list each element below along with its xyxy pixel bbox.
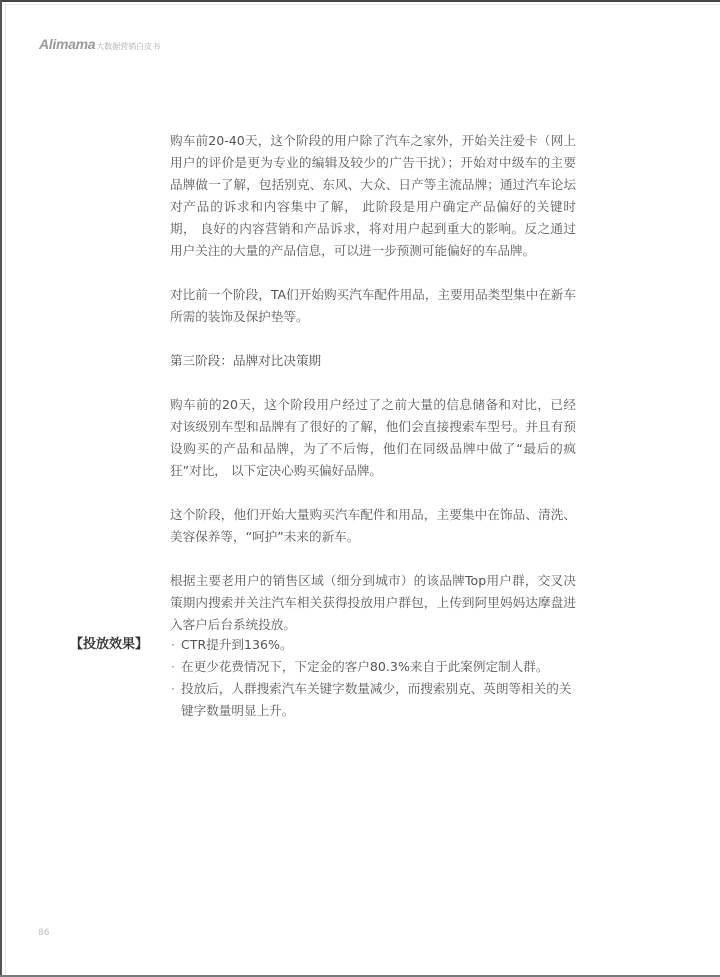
page-header: Alimama 大数据营销白皮书 — [39, 36, 160, 52]
bullet-icon: · — [171, 678, 175, 700]
effects-label: 【投放效果】 — [70, 634, 148, 656]
paragraph: 对比前一个阶段，TA们开始购买汽车配件用品，主要用品类型集中在新车所需的装饰及保… — [170, 284, 576, 328]
bullet-icon: · — [171, 634, 175, 656]
paragraph: 根据主要老用户的销售区域（细分到城市）的该品牌Top用户群，交叉决策期内搜索并关… — [170, 570, 576, 636]
list-item: · 投放后，人群搜索汽车关键字数量减少，而搜索别克、英朗等相关的关键字数量明显上… — [171, 678, 577, 722]
list-item-text: CTR提升到136%。 — [181, 637, 293, 652]
list-item: · CTR提升到136%。 — [171, 634, 577, 656]
frame-top-border — [0, 0, 720, 2]
paragraph: 购车前的20天，这个阶段用户经过了之前大量的信息储备和对比，已经对该级别车型和品… — [170, 394, 576, 482]
list-item: · 在更少花费情况下，下定金的客户80.3%来自于此案例定制人群。 — [171, 656, 577, 678]
paragraph: 这个阶段，他们开始大量购买汽车配件和用品，主要集中在饰品、清洗、美容保养等，“呵… — [170, 504, 576, 548]
frame-left-inner-line — [5, 4, 6, 977]
header-subtitle: 大数据营销白皮书 — [96, 41, 160, 52]
list-item-text: 投放后，人群搜索汽车关键字数量减少，而搜索别克、英朗等相关的关键字数量明显上升。 — [181, 681, 571, 718]
frame-left-border — [0, 0, 2, 977]
section-title: 第三阶段：品牌对比决策期 — [170, 350, 576, 372]
effects-list: · CTR提升到136%。 · 在更少花费情况下，下定金的客户80.3%来自于此… — [171, 634, 577, 722]
bullet-icon: · — [171, 656, 175, 678]
list-item-text: 在更少花费情况下，下定金的客户80.3%来自于此案例定制人群。 — [181, 659, 548, 674]
brand-logo: Alimama — [39, 36, 95, 52]
frame-top-inner-line — [5, 4, 720, 5]
body-content: 购车前20-40天，这个阶段的用户除了汽车之家外，开始关注爱卡（网上用户的评价是… — [170, 130, 576, 658]
page-number: 86 — [38, 928, 49, 938]
paragraph: 购车前20-40天，这个阶段的用户除了汽车之家外，开始关注爱卡（网上用户的评价是… — [170, 130, 576, 262]
